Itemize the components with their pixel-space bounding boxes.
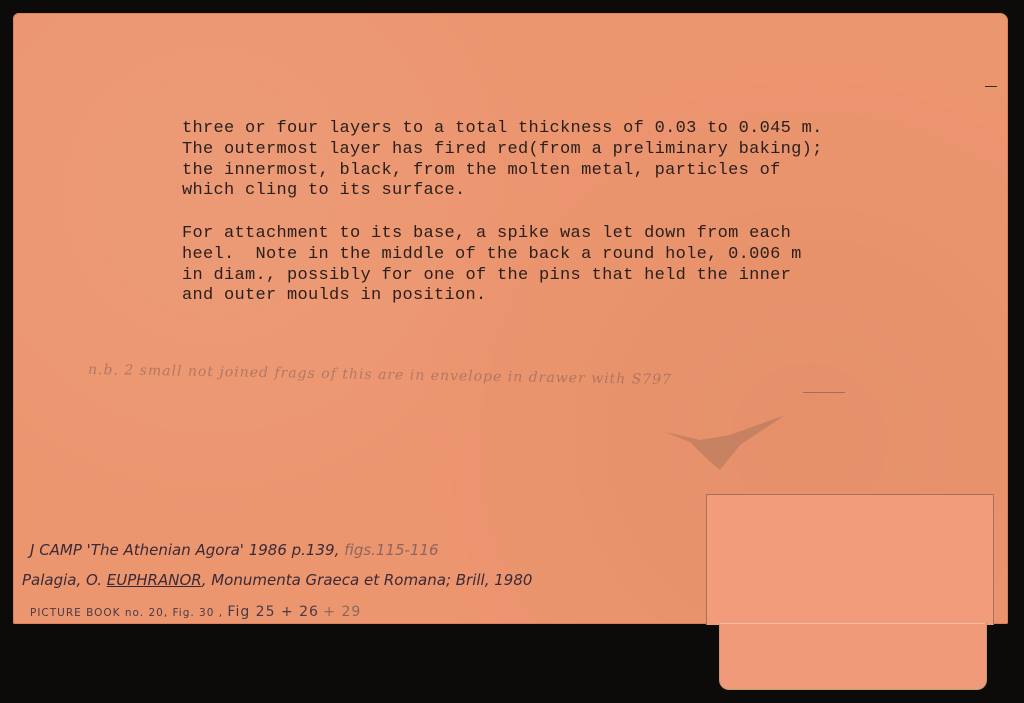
camp-reference: J CAMP 'The Athenian Agora' 1986 p.139,	[30, 541, 339, 559]
picture-book-figures: Fig 25 + 26	[227, 604, 319, 620]
palagia-author: Palagia, O.	[22, 571, 102, 589]
typed-line: and outer moulds in position.	[182, 286, 802, 307]
typed-paragraph-2: For attachment to its base, a spike was …	[182, 224, 802, 307]
picture-book-extra-figure: + 29	[323, 604, 361, 620]
reference-line-1: J CAMP 'The Athenian Agora' 1986 p.139, …	[30, 541, 439, 559]
edge-mark	[985, 86, 997, 87]
card-tab	[706, 494, 994, 625]
tab-fold-line	[719, 623, 985, 624]
reference-line-3: PICTURE BOOK no. 20, Fig. 30 , Fig 25 + …	[30, 604, 361, 620]
card-tab-extension	[719, 623, 987, 690]
typed-line: heel. Note in the middle of the back a r…	[182, 245, 802, 266]
typed-line: in diam., possibly for one of the pins t…	[182, 266, 802, 287]
typed-line: which cling to its surface.	[182, 181, 823, 202]
typed-line: For attachment to its base, a spike was …	[182, 224, 802, 245]
typed-paragraph-1: three or four layers to a total thicknes…	[182, 119, 823, 202]
camp-figures: figs.115-116	[344, 541, 438, 559]
picture-book-reference: PICTURE BOOK no. 20, Fig. 30 ,	[30, 607, 223, 619]
typed-line: three or four layers to a total thicknes…	[182, 119, 823, 140]
palagia-title: EUPHRANOR	[107, 571, 202, 589]
reference-line-2: Palagia, O. EUPHRANOR, Monumenta Graeca …	[22, 571, 532, 589]
palagia-publication: , Monumenta Graeca et Romana; Brill, 198…	[202, 571, 533, 589]
typed-line: The outermost layer has fired red(from a…	[182, 140, 823, 161]
stain-mark	[660, 410, 790, 480]
catalog-number-underline	[803, 392, 845, 393]
typed-line: the innermost, black, from the molten me…	[182, 161, 823, 182]
